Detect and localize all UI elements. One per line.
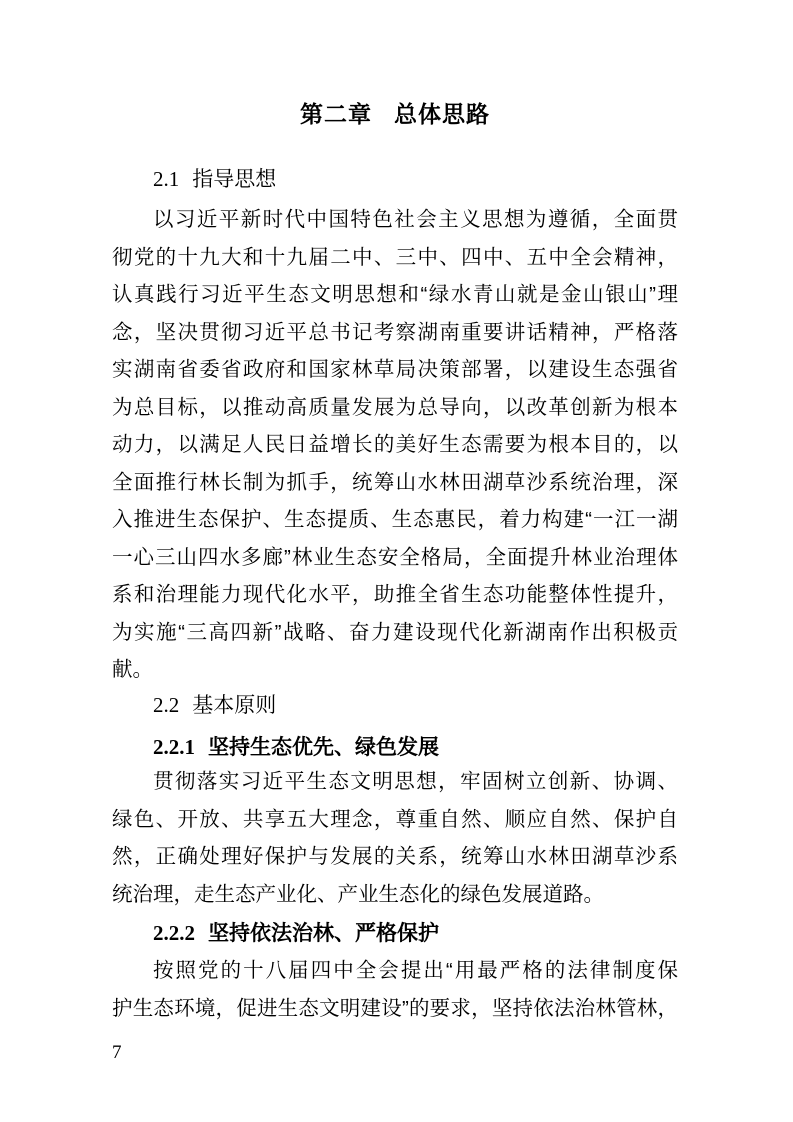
paragraph-line: 为实施“三高四新”战略、奋力建设现代化新湖南作出积极贡 bbox=[112, 614, 678, 652]
chapter-number: 第二章 bbox=[300, 101, 372, 127]
text-column: 第二章总体思路 2.1指导思想 以习近平新时代中国特色社会主义思想为遵循，全面贯… bbox=[112, 0, 678, 1122]
paragraph-line: 动力，以满足人民日益增长的美好生态需要为根本目的，以 bbox=[112, 426, 678, 464]
section-title: 基本原则 bbox=[192, 694, 276, 717]
section-heading-2-2-1: 2.2.1坚持生态优先、绿色发展 bbox=[112, 728, 678, 766]
section-title: 坚持依法治林、严格保护 bbox=[208, 922, 439, 945]
paragraph-line: 系和治理能力现代化水平，助推全省生态功能整体性提升， bbox=[112, 576, 678, 614]
paragraph-line: 全面推行林长制为抓手，统筹山水林田湖草沙系统治理，深 bbox=[112, 464, 678, 502]
chapter-name: 总体思路 bbox=[394, 101, 490, 127]
paragraph-eco-priority: 贯彻落实习近平生态文明思想，牢固树立创新、协调、 绿色、开放、共享五大理念，尊重… bbox=[112, 763, 678, 913]
section-title: 坚持生态优先、绿色发展 bbox=[208, 736, 439, 759]
paragraph-line: 一心三山四水多廊”林业生态安全格局，全面提升林业治理体 bbox=[112, 539, 678, 577]
page-number: 7 bbox=[112, 1040, 122, 1066]
section-heading-2-2: 2.2基本原则 bbox=[112, 686, 678, 724]
paragraph-guiding-ideology: 以习近平新时代中国特色社会主义思想为遵循，全面贯 彻党的十九大和十九届二中、三中… bbox=[112, 201, 678, 689]
paragraph-line: 彻党的十九大和十九届二中、三中、四中、五中全会精神， bbox=[112, 239, 678, 277]
section-heading-2-2-2: 2.2.2坚持依法治林、严格保护 bbox=[112, 914, 678, 952]
document-page: 第二章总体思路 2.1指导思想 以习近平新时代中国特色社会主义思想为遵循，全面贯… bbox=[0, 0, 793, 1122]
paragraph-line: 认真践行习近平生态文明思想和“绿水青山就是金山银山”理 bbox=[112, 276, 678, 314]
paragraph-line: 实湖南省委省政府和国家林草局决策部署，以建设生态强省 bbox=[112, 351, 678, 389]
paragraph-line: 然，正确处理好保护与发展的关系，统筹山水林田湖草沙系 bbox=[112, 838, 678, 876]
section-number: 2.1 bbox=[153, 167, 179, 191]
paragraph-line: 统治理，走生态产业化、产业生态化的绿色发展道路。 bbox=[112, 876, 678, 914]
paragraph-line: 绿色、开放、共享五大理念，尊重自然、顺应自然、保护自 bbox=[112, 801, 678, 839]
chapter-title: 第二章总体思路 bbox=[112, 95, 678, 133]
paragraph-line: 念，坚决贯彻习近平总书记考察湖南重要讲话精神，严格落 bbox=[112, 314, 678, 352]
section-number: 2.2 bbox=[153, 693, 179, 717]
section-title: 指导思想 bbox=[192, 168, 276, 191]
paragraph-line: 献。 bbox=[112, 651, 678, 689]
section-heading-2-1: 2.1指导思想 bbox=[112, 160, 678, 198]
paragraph-line: 以习近平新时代中国特色社会主义思想为遵循，全面贯 bbox=[112, 201, 678, 239]
section-number: 2.2.1 bbox=[153, 735, 195, 759]
paragraph-line: 护生态环境，促进生态文明建设”的要求，坚持依法治林管林， bbox=[112, 990, 678, 1028]
paragraph-line: 按照党的十八届四中全会提出“用最严格的法律制度保 bbox=[112, 952, 678, 990]
paragraph-line: 为总目标，以推动高质量发展为总导向，以改革创新为根本 bbox=[112, 389, 678, 427]
section-number: 2.2.2 bbox=[153, 921, 195, 945]
paragraph-rule-of-law: 按照党的十八届四中全会提出“用最严格的法律制度保 护生态环境，促进生态文明建设”… bbox=[112, 952, 678, 1027]
paragraph-line: 入推进生态保护、生态提质、生态惠民，着力构建“一江一湖 bbox=[112, 501, 678, 539]
paragraph-line: 贯彻落实习近平生态文明思想，牢固树立创新、协调、 bbox=[112, 763, 678, 801]
